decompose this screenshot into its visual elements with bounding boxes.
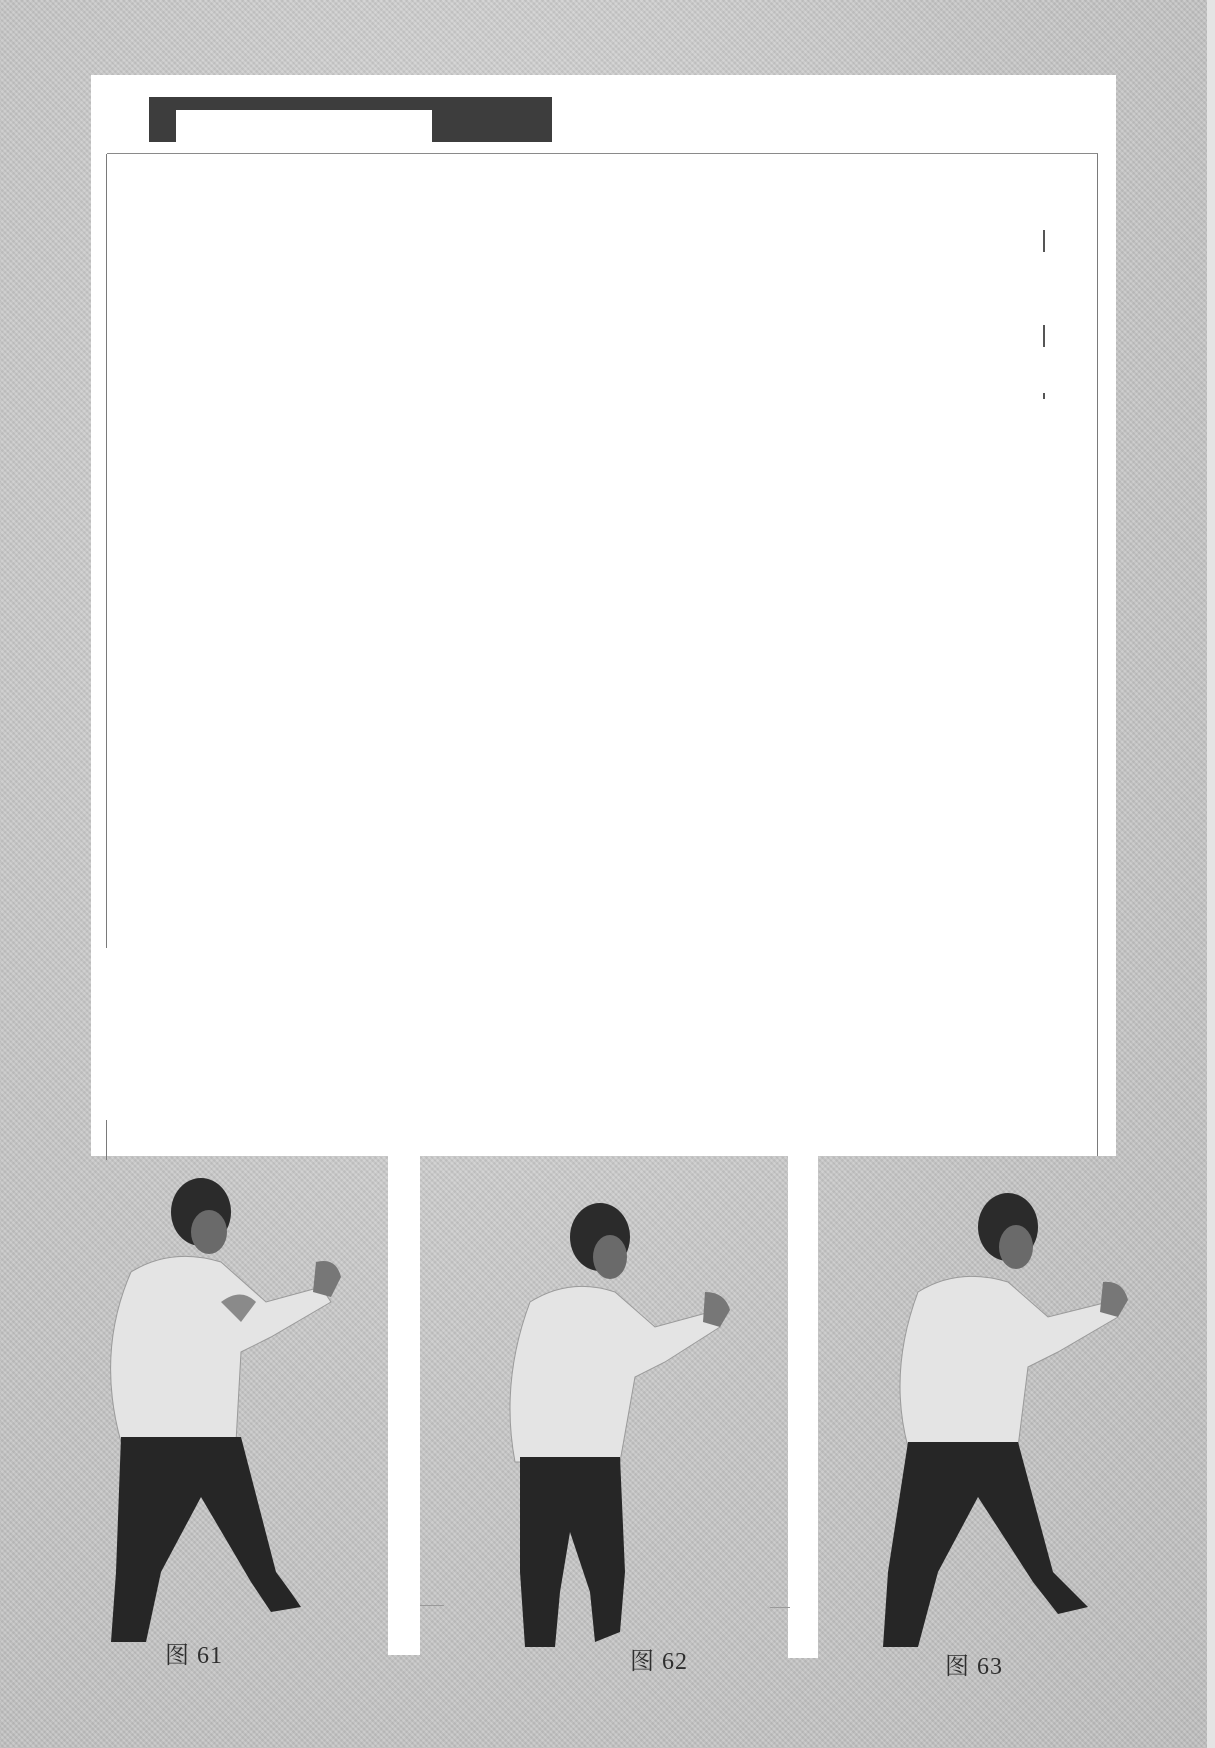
text-frame-right-rule	[1097, 154, 1098, 1156]
figure-62-photo	[420, 1152, 788, 1652]
figure-63-photo	[818, 1152, 1208, 1652]
figure-61-caption: 图 61	[165, 1635, 223, 1670]
person-figure-icon	[818, 1152, 1208, 1652]
person-figure-icon	[91, 1152, 388, 1652]
person-figure-icon	[420, 1152, 788, 1652]
ground-rule	[420, 1605, 444, 1606]
photo-divider	[788, 1152, 818, 1658]
page-edge-strip	[1207, 0, 1215, 1748]
figure-62-caption: 图 62	[630, 1641, 688, 1676]
residual-mark	[1043, 393, 1045, 399]
text-page-area	[91, 75, 1116, 1156]
figure-63-caption: 图 63	[945, 1646, 1003, 1681]
residual-mark	[1043, 325, 1045, 347]
text-frame-top-rule	[107, 153, 1098, 154]
text-frame-left-rule	[106, 154, 107, 948]
photo-divider	[388, 1152, 420, 1655]
residual-mark	[1043, 230, 1045, 252]
figure-61-photo	[91, 1152, 388, 1652]
ground-rule	[770, 1607, 790, 1608]
header-redaction-mask	[176, 110, 432, 158]
